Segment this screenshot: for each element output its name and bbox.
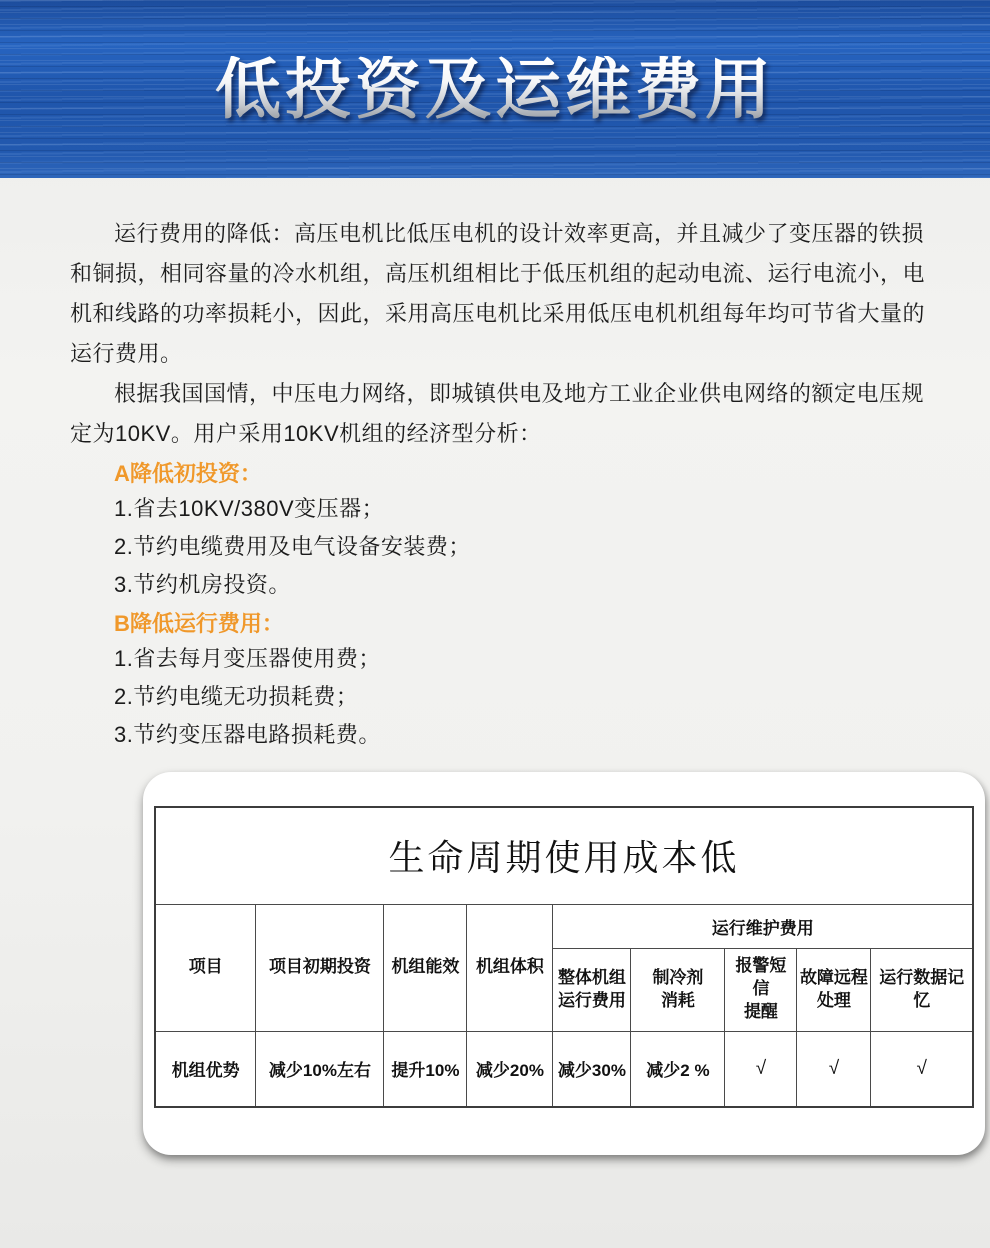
col-header-overall-running-cost: 整体机组 运行费用 [553,948,631,1031]
checkmark-data-logging: √ [871,1031,973,1107]
main-content: 运行费用的降低：高压电机比低压电机的设计效率更高，并且减少了变压器的铁损和铜损，… [0,178,990,1155]
col-header-refrigerant-consumption: 制冷剂 消耗 [631,948,725,1031]
header-banner: 低投资及运维费用 [0,0,990,178]
cell-unit-efficiency: 提升10% [384,1031,467,1107]
list-item: 2.节约电缆费用及电气设备安装费； [70,528,935,566]
paragraph-national-grid: 根据我国国情，中压电力网络，即城镇供电及地方工业企业供电网络的额定电压规定为10… [70,374,935,454]
col-header-sms-alert: 报警短信 提醒 [725,948,797,1031]
list-item: 3.节约机房投资。 [70,566,935,604]
group-header-maintenance-cost: 运行维护费用 [553,904,973,948]
section-a-initial-investment: A降低初投资： 1.省去10KV/380V变压器； 2.节约电缆费用及电气设备安… [70,458,935,604]
col-header-remote-fault-handling: 故障远程 处理 [797,948,871,1031]
col-header-unit-volume: 机组体积 [467,904,553,1031]
col-header-data-logging: 运行数据记忆 [871,948,973,1031]
cell-initial-investment: 减少10%左右 [256,1031,384,1107]
list-item: 3.节约变压器电路损耗费。 [70,716,935,754]
col-header-initial-investment: 项目初期投资 [256,904,384,1031]
table-group-header-row: 项目 项目初期投资 机组能效 机组体积 运行维护费用 [155,904,973,948]
page-title: 低投资及运维费用 [215,56,775,122]
cell-overall-running-cost: 减少30% [553,1031,631,1107]
section-a-list: 1.省去10KV/380V变压器； 2.节约电缆费用及电气设备安装费； 3.节约… [70,490,935,604]
list-item: 1.省去每月变压器使用费； [70,640,935,678]
list-item: 2.节约电缆无功损耗费； [70,678,935,716]
checkmark-remote-fault: √ [797,1031,871,1107]
cell-refrigerant-consumption: 减少2 % [631,1031,725,1107]
lifecycle-cost-table: 生命周期使用成本低 项目 项目初期投资 机组能效 机组体积 运行维护费用 整体机… [154,806,974,1108]
checkmark-sms-alert: √ [725,1031,797,1107]
section-b-list: 1.省去每月变压器使用费； 2.节约电缆无功损耗费； 3.节约变压器电路损耗费。 [70,640,935,754]
cell-unit-volume: 减少20% [467,1031,553,1107]
section-b-running-cost: B降低运行费用： 1.省去每月变压器使用费； 2.节约电缆无功损耗费； 3.节约… [70,608,935,754]
list-item: 1.省去10KV/380V变压器； [70,490,935,528]
col-header-unit-efficiency: 机组能效 [384,904,467,1031]
paragraph-operating-cost: 运行费用的降低：高压电机比低压电机的设计效率更高，并且减少了变压器的铁损和铜损，… [70,214,935,374]
table-data-row: 机组优势 减少10%左右 提升10% 减少20% 减少30% 减少2 % √ √… [155,1031,973,1107]
section-b-heading: B降低运行费用： [70,608,935,640]
section-a-heading: A降低初投资： [70,458,935,490]
table-title-row: 生命周期使用成本低 [155,807,973,904]
table-title: 生命周期使用成本低 [155,807,973,904]
cell-row-label: 机组优势 [155,1031,256,1107]
lifecycle-cost-card: 生命周期使用成本低 项目 项目初期投资 机组能效 机组体积 运行维护费用 整体机… [143,772,985,1155]
col-header-project: 项目 [155,904,256,1031]
